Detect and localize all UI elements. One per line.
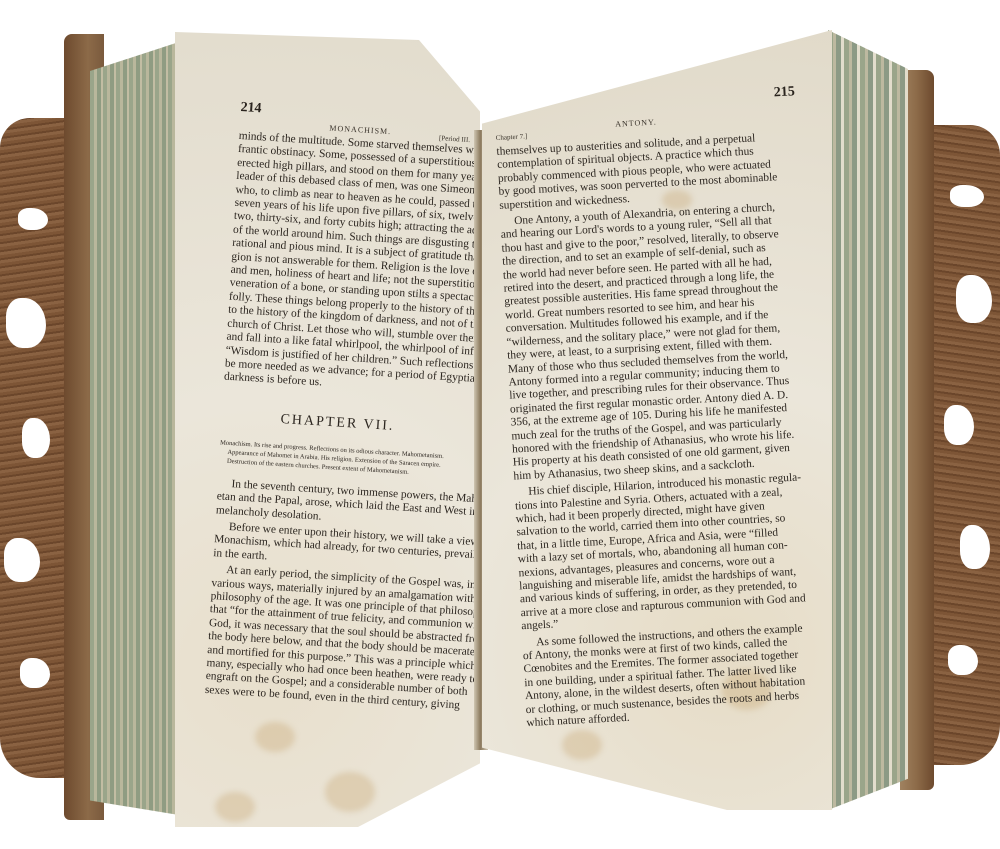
paragraph: One Antony, a youth of Alexandria, on en… <box>500 200 824 484</box>
stand-carving-cutout <box>18 208 48 230</box>
foxing-stain <box>325 772 375 812</box>
paragraph: His chief disciple, Hilarion, introduced… <box>514 470 831 633</box>
stand-carving-cutout <box>948 645 978 675</box>
paragraph: At an early period, the simplicity of th… <box>204 563 444 711</box>
running-head: MONACHISM. <box>329 123 391 136</box>
paragraph: As some followed the instructions, and o… <box>522 621 832 731</box>
chapter-summary: Monachism. Its rise and progress. Reflec… <box>219 438 452 479</box>
left-page-opening-text: minds of the multitude. Some starved the… <box>224 130 471 398</box>
stand-carving-cutout <box>22 418 50 458</box>
right-page-text-block: 215 ANTONY. Chapter 7.] themselves up to… <box>494 88 832 731</box>
marbled-page-edge-right <box>828 30 908 810</box>
foxing-stain <box>255 722 295 752</box>
running-head: ANTONY. <box>615 118 657 129</box>
page-number: 215 <box>773 84 795 101</box>
left-page: 214 MONACHISM. [Period III. minds of the… <box>175 32 480 827</box>
stand-carving-cutout <box>950 185 984 207</box>
foxing-stain <box>562 730 602 760</box>
right-page: 215 ANTONY. Chapter 7.] themselves up to… <box>482 30 832 810</box>
foxing-stain <box>215 792 255 822</box>
page-number: 214 <box>240 100 262 117</box>
chapter-tag: Chapter 7.] <box>496 132 528 142</box>
left-page-text-block: 214 MONACHISM. [Period III. minds of the… <box>204 100 472 711</box>
stand-carving-cutout <box>960 525 990 569</box>
stand-carving-cutout <box>20 658 50 688</box>
stand-carving-cutout <box>4 538 40 582</box>
marbled-page-edge-left <box>90 40 185 816</box>
stand-carving-cutout <box>944 405 974 445</box>
stand-carving-cutout <box>956 275 992 323</box>
chapter-heading: CHAPTER VII. <box>221 408 454 438</box>
stand-carving-cutout <box>6 298 46 348</box>
